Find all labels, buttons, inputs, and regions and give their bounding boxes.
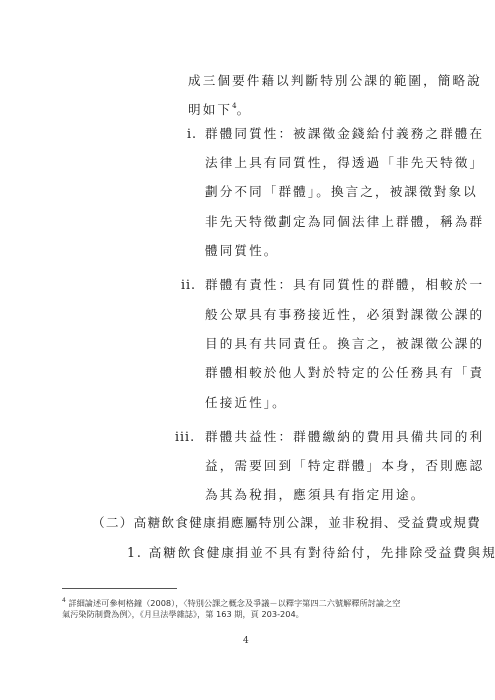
section-heading: （二）高糖飲食健康捐應屬特別公課，並非稅捐、受益費或規費 [92,515,481,531]
intro-line-1: 成三個要件藉以判斷特別公課的範圍，簡略說 [188,73,482,89]
item-iii-marker: iii. [175,429,195,445]
item-iii-line-3: 為其為稅捐，應須具有指定用途。 [205,487,425,503]
item-i-line-3: 劃分不同「群體」。換言之，被課徵對象以 [205,184,478,200]
item-i-line-2: 法律上具有同質性，得透過「非先天特徵」 [205,155,484,171]
intro-line-2-text: 明如下 [188,102,232,117]
item-ii-line-2: 般公眾具有事務接近性，必須對課徵公課的 [205,307,484,323]
item-iii-line-2: 益，需要回到「特定群體」本身，否則應認 [205,458,484,474]
item-i-line-1: 群體同質性：被課徵金錢給付義務之群體在 [205,126,484,142]
document-page: 成三個要件藉以判斷特別公課的範圍，簡略說 明如下4。 i. 群體同質性：被課徵金… [0,0,495,700]
subsection-heading: 1. 高糖飲食健康捐並不具有對待給付，先排除受益費與規 [127,545,495,561]
item-ii-line-1: 群體有責性：具有同質性的群體，相較於一 [205,277,484,293]
intro-line-2: 明如下4。 [188,98,251,118]
item-i-line-5: 體同質性。 [205,243,278,259]
item-ii-marker: ii. [181,277,196,293]
item-i-marker: i. [187,126,197,142]
item-ii-line-3: 目的具有共同責任。換言之，被課徵公課的 [205,336,484,352]
footnote-separator [62,588,177,589]
item-i-line-4: 非先天特徵劃定為同個法律上群體，稱為群 [205,214,484,230]
page-number: 4 [243,636,249,646]
item-iii-line-1: 群體共益性：群體繳納的費用具備共同的利 [205,429,484,445]
footnote-line-2: 氣污染防制費為例〉，《月旦法學雜誌》，第 163 期，頁 203-204。 [62,608,304,621]
intro-line-2-end: 。 [237,102,252,117]
item-ii-line-4: 群體相較於他人對於特定的公任務具有「責 [205,365,484,381]
item-ii-line-5: 任接近性」。 [205,395,287,411]
footnote-text-1: 詳細論述可參柯格鐘（2008），〈特別公課之概念及爭議－以釋字第四二六號解釋所討… [66,598,401,608]
